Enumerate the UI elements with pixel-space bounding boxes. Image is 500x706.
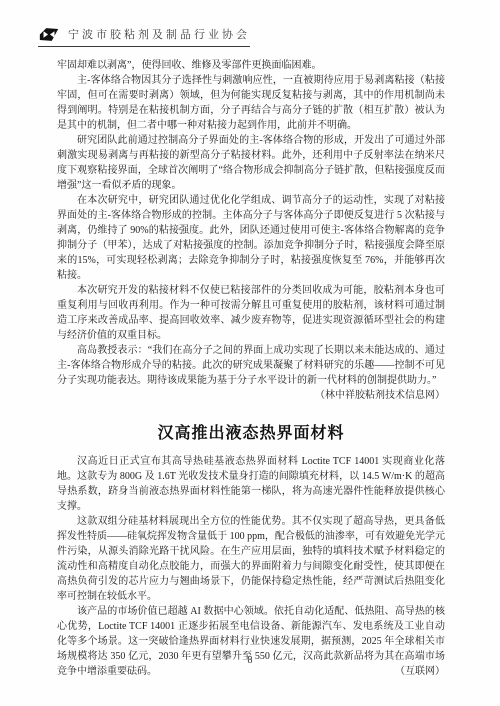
article1-paragraph: 本次研究开发的粘接材料不仅使已粘接部件的分类回收成为可能，胶粘剂本身也可重复利用… xyxy=(57,283,445,343)
article1-paragraph: 在本次研究中，研究团队通过优化化学组成、调节高分子的运动性，实现了对粘接界面处的… xyxy=(57,193,445,283)
article2-title: 汉高推出液态热界面材料 xyxy=(57,426,445,441)
article1-paragraph: 高岛教授表示：“我们在高分子之间的界面上成功实现了长期以来未能达成的、通过主-客… xyxy=(57,343,445,388)
document-page: 宁波市胶粘剂及制品行业协会 牢固却难以剥离”，使得回收、维修及零部件更换面临困难… xyxy=(0,0,500,706)
article1-paragraph: 研究团队此前通过控制高分子界面处的主-客体络合物的形成，开发出了可通过外部刺激实… xyxy=(57,133,445,193)
org-name: 宁波市胶粘剂及制品行业协会 xyxy=(68,28,250,42)
article2-paragraph: 这款双组分硅基材料展现出全方位的性能优势。其不仅实现了超高导热，更具备低挥发性特… xyxy=(57,514,445,604)
article2-source: （互联网） xyxy=(375,664,445,679)
article-2: 汉高推出液态热界面材料 汉高近日正式宣布其高导热硅基液态热界面材料 Loctit… xyxy=(57,426,445,679)
page-content: 牢固却难以剥离”，使得回收、维修及零部件更换面临困难。 主-客体络合物因其分子选… xyxy=(57,58,445,679)
article2-paragraph: 该产品的市场价值已超越 AI 数据中心领域。依托自动化适配、低热阻、高导热的核心… xyxy=(57,604,445,679)
article-1: 牢固却难以剥离”，使得回收、维修及零部件更换面临困难。 主-客体络合物因其分子选… xyxy=(57,58,445,403)
association-logo-icon xyxy=(38,27,60,42)
article2-paragraph: 汉高近日正式宣布其高导热硅基液态热界面材料 Loctite TCF 14001 … xyxy=(57,454,445,514)
article1-source: （林中祥胶粘剂技术信息网） xyxy=(57,388,445,403)
page-header: 宁波市胶粘剂及制品行业协会 xyxy=(38,27,250,47)
page-number: 8 xyxy=(0,655,500,666)
article1-paragraph: 主-客体络合物因其分子选择性与刺激响应性，一直被期待应用于易剥离粘接（粘接牢固，… xyxy=(57,73,445,133)
article1-paragraph: 牢固却难以剥离”，使得回收、维修及零部件更换面临困难。 xyxy=(57,58,445,73)
